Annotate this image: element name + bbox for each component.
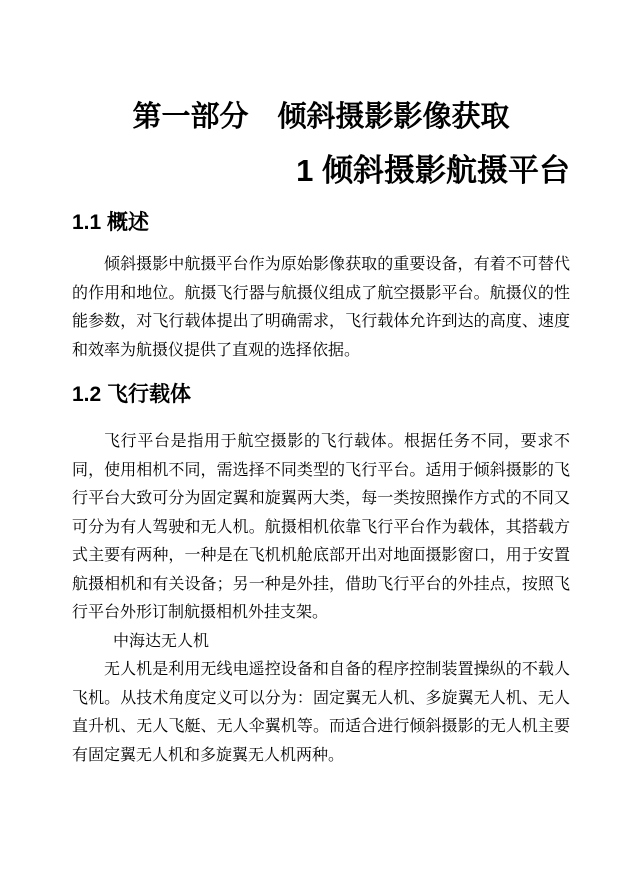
part-title: 第一部分 倾斜摄影影像获取 (72, 100, 570, 134)
subitem-paragraph-uav-description: 无人机是利用无线电遥控设备和自备的程序控制装置操纵的不载人飞机。从技术角度定义可… (72, 656, 570, 770)
section-heading-1-1: 1.1 概述 (72, 211, 570, 235)
section-1-2-paragraph: 飞行平台是指用于航空摄影的飞行载体。根据任务不同，要求不同，使用相机不同，需选择… (72, 428, 570, 628)
subitem-label-zhonghaida-uav: 中海达无人机 (72, 628, 570, 657)
chapter-title: 1 倾斜摄影航摄平台 (72, 153, 570, 189)
section-1-1-paragraph: 倾斜摄影中航摄平台作为原始影像获取的重要设备，有着不可替代的作用和地位。航摄飞行… (72, 251, 570, 365)
section-heading-1-2: 1.2 飞行载体 (72, 383, 570, 407)
document-page: 第一部分 倾斜摄影影像获取 1 倾斜摄影航摄平台 1.1 概述 倾斜摄影中航摄平… (0, 0, 642, 869)
